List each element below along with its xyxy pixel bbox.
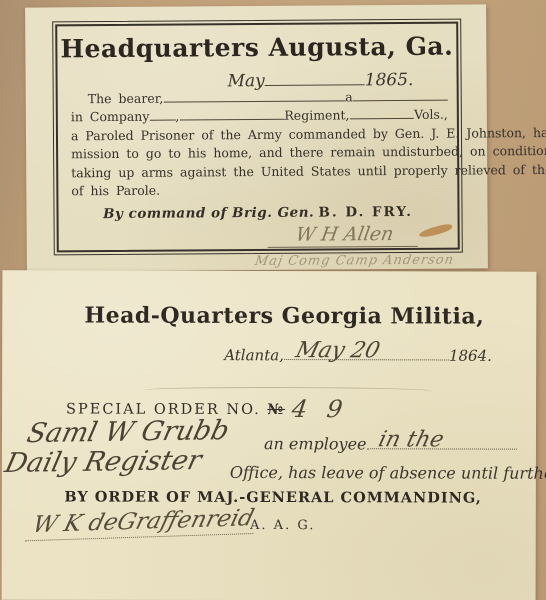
militia-date-blank: May 20 — [284, 345, 449, 361]
bearer-blank-line — [163, 89, 345, 103]
militia-signature: W K deGraffenreid — [25, 505, 261, 541]
fold-crease — [142, 387, 432, 395]
photo-background: Headquarters Augusta, Ga. May1865. The b… — [0, 0, 546, 600]
office-text-line: Office, has leave of absence until furth… — [230, 463, 546, 483]
militia-document: Head-Quarters Georgia Militia, Atlanta,M… — [2, 270, 537, 600]
employee-name-line: Saml W Grubb — [28, 416, 228, 448]
paragraph-line-3: taking up arms against the United States… — [71, 161, 448, 182]
by-order-line: BY ORDER OF MAJ.-GENERAL COMMANDING, — [64, 488, 482, 506]
aag-title: A. A. G. — [250, 518, 315, 533]
militia-title: Head-Quarters Georgia Militia, — [42, 302, 526, 329]
militia-city: Atlanta, — [224, 346, 284, 364]
militia-date-line: Atlanta,May 201864. — [224, 345, 492, 365]
office-name-line: Daily Register — [6, 446, 201, 478]
handwritten-name: Saml W Grubb — [24, 415, 232, 449]
a-label: a — [345, 88, 353, 106]
struck-number-mark: № — [267, 401, 285, 418]
paragraph-line-2: mission to go to his home, and there rem… — [71, 143, 448, 164]
regiment-label: Regiment, — [284, 107, 349, 126]
parole-title: Headquarters Augusta, Ga. — [57, 32, 456, 64]
parole-signature: W H Allen — [268, 223, 422, 248]
company-blank-line — [149, 108, 175, 121]
parole-signature-note: Maj Comg Camp Anderson — [253, 253, 455, 269]
office-label: Office, has leave of absence until furth… — [230, 463, 546, 483]
militia-signature-line: W K deGraffenreidA. A. G. — [30, 508, 316, 538]
bearer-label: The bearer, — [71, 90, 164, 109]
vols-blank-line — [349, 106, 414, 119]
date-blank-line — [265, 68, 365, 86]
handwritten-order-number: 4 9 — [290, 395, 350, 423]
employee-text-line: an employeein the — [264, 433, 517, 454]
parole-body: The bearer, a in Company , Regiment, Vol… — [71, 88, 449, 201]
parole-document: Headquarters Augusta, Ga. May1865. The b… — [25, 4, 488, 271]
regiment-blank-line — [179, 107, 284, 121]
employee-blank: in the — [367, 433, 517, 450]
handwritten-office: Daily Register — [2, 445, 205, 479]
militia-handwritten-date: May 20 — [293, 338, 382, 363]
vols-label: Vols., — [414, 106, 448, 125]
employee-label: an employee — [264, 434, 367, 453]
militia-year: 1864. — [449, 347, 492, 365]
command-line: By command of Brig. Gen. B. D. FRY. — [58, 204, 457, 223]
company-label: in Company — [71, 108, 150, 127]
parole-border-frame: Headquarters Augusta, Ga. May1865. The b… — [55, 22, 460, 253]
rank-blank-line — [353, 88, 448, 102]
handwritten-in-the: in the — [375, 427, 446, 452]
paragraph-line-4: of his Parole. — [71, 180, 448, 201]
command-name: B. D. FRY. — [318, 204, 413, 221]
command-prefix: By command of Brig. Gen. — [103, 205, 314, 222]
